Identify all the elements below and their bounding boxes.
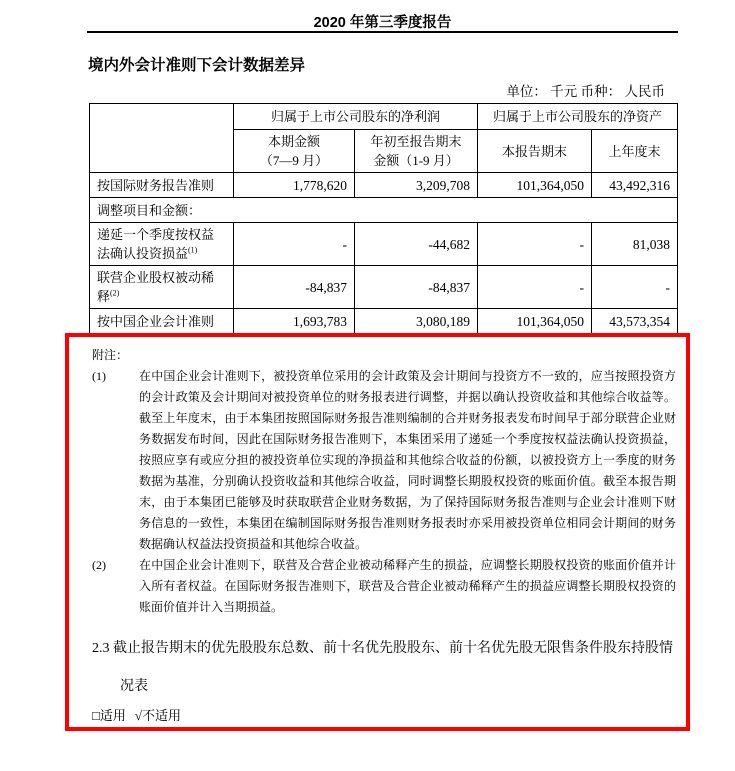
subheader-prior-year-end: 上年度末 [592,130,678,173]
row-label: 调整项目和金额： [90,198,678,223]
annotation-box: 附注： (1) 在中国企业会计准则下，被投资单位采用的会计政策及会计期间与投资方… [65,333,690,731]
section-2-3-heading: 2.3 截止报告期末的优先股股东总数、前十名优先股股东、前十名优先股无限售条件股… [92,630,676,706]
table-row-deferred-equity: 递延一个季度按权益法确认投资损益(1) - -44,682 - 81,038 [90,223,678,266]
footnote-1: (1) 在中国企业会计准则下，被投资单位采用的会计政策及会计期间与投资方不一致的… [92,366,676,555]
table-row-adjustments-header: 调整项目和金额： [90,198,678,223]
accounting-differences-table: 归属于上市公司股东的净利润 归属于上市公司股东的净资产 本期金额（7—9 月） … [89,103,678,334]
applicability-line: □适用√不适用 [92,708,676,724]
footnote-ref-2: (2) [110,289,119,298]
subheader-current-period: 本期金额（7—9 月） [234,130,355,173]
table-header-row-groups: 归属于上市公司股东的净利润 归属于上市公司股东的净资产 [90,104,678,130]
report-page: { "page": { "title": "2020 年第三季度报告" }, "… [0,0,735,771]
footnotes: 附注： (1) 在中国企业会计准则下，被投资单位采用的会计政策及会计期间与投资方… [92,345,676,618]
row-label: 递延一个季度按权益法确认投资损益(1) [90,223,234,266]
footnote-number: (2) [92,555,139,618]
group-header-net-assets: 归属于上市公司股东的净资产 [478,104,678,130]
section-heading: 境内外会计准则下会计数据差异 [88,53,305,75]
section-number: 2.3 [92,641,110,656]
table-row-cas: 按中国企业会计准则 1,693,783 3,080,189 101,364,05… [90,309,678,334]
row-label: 按中国企业会计准则 [90,309,234,334]
footnote-ref-1: (1) [188,246,197,255]
table-row-passive-dilution: 联营企业股权被动稀释(2) -84,837 -84,837 - - [90,266,678,309]
empty-corner-cell [90,104,234,173]
row-label: 联营企业股权被动稀释(2) [90,266,234,309]
subheader-report-end: 本报告期末 [478,130,592,173]
row-label: 按国际财务报告准则 [90,173,234,198]
footnote-number: (1) [92,366,139,555]
footnote-text: 在中国企业会计准则下，联营及合营企业被动稀释产生的损益，应调整长期股权投资的账面… [139,555,676,618]
table-row-ifrs: 按国际财务报告准则 1,778,620 3,209,708 101,364,05… [90,173,678,198]
page-title: 2020 年第三季度报告 [87,11,678,32]
group-header-net-profit: 归属于上市公司股东的净利润 [234,104,478,130]
footnotes-heading: 附注： [92,345,676,366]
section-text: 截止报告期末的优先股股东总数、前十名优先股股东、前十名优先股无限售条件股东持股情… [113,641,673,694]
header-divider [87,31,678,33]
not-applicable-option: √不适用 [135,708,181,723]
applicable-option: □适用 [92,708,126,723]
subheader-ytd: 年初至报告期末金额（1-9 月） [355,130,478,173]
unit-currency-note: 单位： 千元 币种： 人民币 [88,80,665,100]
footnote-text: 在中国企业会计准则下，被投资单位采用的会计政策及会计期间与投资方不一致的，应当按… [139,366,676,555]
footnote-2: (2) 在中国企业会计准则下，联营及合营企业被动稀释产生的损益，应调整长期股权投… [92,555,676,618]
